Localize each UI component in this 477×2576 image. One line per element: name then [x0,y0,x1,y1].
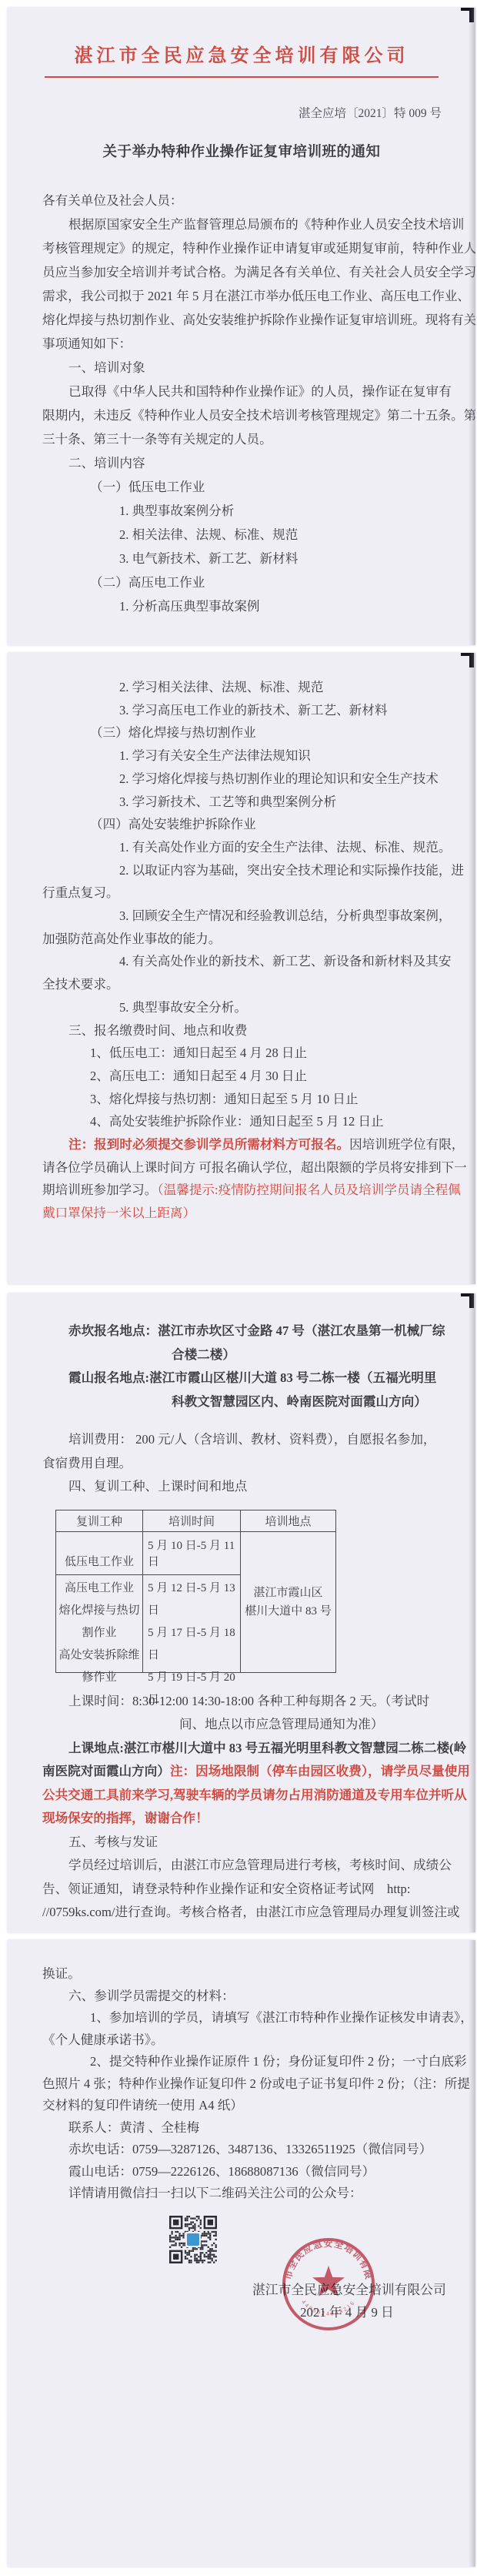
text-line: 2. 以取证内容为基础，突出安全技术理论和实际操作技能，进 [119,859,446,882]
text-line: 考核管理规定》的规定，特种作业操作证申请复审或延期复审前，特种作业人 [42,236,446,260]
table-row: 低压电工作业 5 月 10 日-5 月 11 日 [56,1532,241,1575]
text-line: 各有关单位及社会人员： [42,189,446,212]
text-line: 培训费用： 200 元/人（含培训、教材、资料费），自愿报名参加， [68,1428,446,1452]
text-line: 现场保安的指挥，谢谢合作！ [42,1807,446,1831]
page-4-body: 换证。六、参训学员需提交的材料：1、参加培训的学员，请填写《湛江市特种作业操作证… [8,1940,475,2205]
table-cell-time: 5 月 17 日-5 月 18 日 [148,1622,240,1667]
letterhead-company: 湛江市全民应急安全培训有限公司 [8,8,475,67]
text-line: 三十条、第三十一条等有关规定的人员。 [42,427,446,451]
svg-text:4408024044216: 4408024044216 [300,2299,357,2317]
location-line: 椹川大道中 83 号 [245,1602,332,1621]
text-line: 3. 电气新技术、新工艺、新材料 [119,547,446,570]
doc-title: 关于举办特种作业操作证复审培训班的通知 [8,141,475,161]
table-row: 高压电工作业熔化焊接与热切割作业高处安装拆除维修作业 5 月 12 日-5 月 … [56,1575,241,1672]
table-cell-job: 低压电工作业 [56,1532,143,1574]
page-3-body-top: 赤坎报名地点：湛江市赤坎区寸金路 47 号（湛江农垦第一机械厂综合楼二楼）霞山报… [8,1293,475,1499]
text-line: 1. 学习有关安全生产法律法规知识 [119,744,446,768]
text-line: 5. 典型事故安全分析。 [119,996,446,1019]
text-line: 3. 回顾安全生产情况和经验教训总结，分析典型事故案例， [119,905,446,928]
table-cell-job: 熔化焊接与热切割作业 [56,1600,142,1644]
text-line: 换证。 [42,1963,446,1986]
scan-corner-mark [461,1293,474,1308]
table-cell-job: 高处安装拆除维修作业 [56,1644,142,1689]
text-line: （一）低压电工作业 [90,475,446,499]
text-line: 上课时间：8:30-12:00 14:30-18:00 各种工种每期各 2 天。… [68,1690,446,1714]
page-2: 2. 学习相关法律、法规、标准、规范3. 学习高压电工作业的新技术、新工艺、新材… [8,653,475,1284]
table-header-location: 培训地点 [241,1510,335,1531]
text-line: 1、参加培训的学员，请填写《湛江市特种作业操作证核发申请表》， [90,2007,446,2029]
page-1: 湛江市全民应急安全培训有限公司 湛全应培〔2021〕特 009 号 关于举办特种… [8,8,475,645]
table-cell-location: 湛江市霞山区 椹川大道中 83 号 [241,1532,335,1672]
text-line: 2. 相关法律、法规、标准、规范 [119,523,446,547]
text-line: 熔化焊接与热切割作业、高处安装维护拆除作业操作证复审培训班。现将有关 [42,308,446,332]
page-1-body: 各有关单位及社会人员：根据原国家安全生产监督管理总局颁布的《特种作业人员安全技术… [8,189,475,618]
table-header-time: 培训时间 [143,1510,241,1531]
text-line: 详情请用微信扫一扫以下二维码关注公司的公众号： [68,2183,446,2205]
letterhead-rule [45,76,439,78]
text-line: 限期内，未违反《特种作业人员安全技术培训考核管理规定》第二十五条。第 [42,403,446,427]
text-line: 请各位学员确认上课时间方 可报名确认学位，超出限额的学员将安排到下一 [42,1156,446,1179]
text-line: 加强防范高处作业事故的能力。 [42,928,446,951]
text-line: 行重点复习。 [42,882,446,905]
text-line: 联系人：黄清 、全桂梅 [68,2117,446,2139]
table-col-jobs: 高压电工作业熔化焊接与热切割作业高处安装拆除维修作业 [56,1575,143,1672]
text-line: 南医院对面霞山方向）注：因场地限制（停车由园区收费），请学员尽量使用 [42,1760,446,1784]
text-line: 霞山报名地点:湛江市霞山区椹川大道 83 号二栋一楼（五福光明里 [68,1367,446,1390]
text-line: 食宿费用自理。 [42,1452,446,1476]
wechat-qr-code [169,2216,217,2263]
text-line: 2. 学习熔化焊接与热切割作业的理论知识和安全生产技术 [119,768,446,791]
scan-corner-mark [461,653,474,667]
table-col-times: 5 月 12 日-5 月 13 日5 月 17 日-5 月 18 日5 月 19… [143,1575,241,1672]
location-line: 湛江市霞山区 [253,1584,322,1602]
text-line: 间、地点以市应急管理局通知为准） [179,1713,446,1737]
company-seal: 湛江市全民应急安全培训有限公司 4408024044216 [279,2234,379,2334]
text-line: 交材料的复印件请统一使用 A4 纸） [42,2095,446,2117]
text-line: 四、复训工种、上课时间和地点 [68,1475,446,1499]
text-line: 合楼二楼） [172,1343,446,1367]
text-line: 注：报到时必须提交参训学员所需材料方可报名。因培训班学位有限， [68,1133,446,1156]
page-3-body-bottom: 上课时间：8:30-12:00 14:30-18:00 各种工种每期各 2 天。… [8,1690,475,1925]
page-4: 换证。六、参训学员需提交的材料：1、参加培训的学员，请填写《湛江市特种作业操作证… [8,1940,475,2567]
text-line: 根据原国家安全生产监督管理总局颁布的《特种作业人员安全技术培训 [68,212,446,236]
table-cell-job: 高压电工作业 [56,1577,142,1600]
text-line: 员应当参加安全培训并考试合格。为满足各有关单位、有关社会人员安全学习 [42,260,446,284]
text-line: 告、领证通知，请登录特种作业操作证和安全资格证考试网 http: [42,1878,446,1902]
text-line: 赤坎报名地点：湛江市赤坎区寸金路 47 号（湛江农垦第一机械厂综 [68,1320,446,1343]
text-line: 事项通知如下： [42,332,446,356]
text-line: 1. 分析高压典型事故案例 [119,594,446,618]
seal-serial: 4408024044216 [300,2299,357,2317]
text-line: 1. 典型事故案例分析 [119,499,446,523]
page-2-body: 2. 学习相关法律、法规、标准、规范3. 学习高压电工作业的新技术、新工艺、新材… [8,653,475,1225]
text-line: 色照片 4 张；特种作业操作证复印件 2 份或电子证书复印件 2 份；（注：所提 [42,2073,446,2096]
text-line: 2、提交特种作业操作证原件 1 份；身份证复印件 2 份；一寸白底彩 [90,2051,446,2073]
page-3: 赤坎报名地点：湛江市赤坎区寸金路 47 号（湛江农垦第一机械厂综合楼二楼）霞山报… [8,1293,475,1932]
text-line: 需求，我公司拟于 2021 年 5 月在湛江市举办低压电工作业、高压电工作业、 [42,284,446,308]
text-line: 4、高处安装维护拆除作业：通知日起至 5 月 12 日止 [90,1110,446,1133]
text-line: 六、参训学员需提交的材料： [68,1986,446,2008]
text-line: 期培训班参加学习。（温馨提示:疫情防控期间报名人员及培训学员请全程佩 [42,1179,446,1202]
text-line: 3. 学习新技术、工艺等和典型案例分析 [119,791,446,814]
text-line: 已取得《中华人民共和国特种作业操作证》的人员，操作证在复审有 [68,380,446,403]
text-line: （四）高处安装维护拆除作业 [90,813,446,836]
table-header-row: 复训工种 培训时间 培训地点 [56,1510,335,1532]
text-line: （三）熔化焊接与热切割作业 [90,721,446,744]
scanned-document: { "document": { "letterhead": { "company… [0,0,477,2576]
text-line: 戴口罩保持一米以上距离） [42,1202,446,1225]
text-line: 一、培训对象 [68,356,446,380]
text-line: 公共交通工具前来学习,驾驶车辆的学员请勿占用消防通道及专用车位并听从 [42,1784,446,1808]
text-line: 2. 学习相关法律、法规、标准、规范 [119,676,446,699]
text-line: //0759ks.com/进行查询。考核合格者，由湛江市应急管理局办理复训签注或 [42,1901,446,1925]
table-cell-time: 5 月 10 日-5 月 11 日 [143,1532,241,1574]
text-line: 学员经过培训后，由湛江市应急管理局进行考核，考核时间、成绩公 [68,1854,446,1878]
text-line: 五、考核与发证 [68,1831,446,1855]
training-schedule-table: 复训工种 培训时间 培训地点 低压电工作业 5 月 10 日-5 月 11 日 … [55,1510,336,1673]
scan-corner-mark [461,8,474,22]
text-line: （二）高压电工作业 [90,570,446,594]
doc-number: 湛全应培〔2021〕特 009 号 [8,104,475,121]
text-line: 二、培训内容 [68,451,446,475]
text-line: 《个人健康承诺书》。 [42,2029,446,2052]
text-line: 1. 有关高处作业方面的安全生产法律、法规、标准、规范。 [119,836,446,859]
text-line: 上课地点:湛江市椹川大道中 83 号五福光明里科教文智慧园二栋二楼(岭 [68,1737,446,1761]
text-line: 科教文智慧园区内、岭南医院对面霞山方向） [172,1390,446,1414]
seal-star [312,2266,345,2297]
text-line: 3. 学习高压电工作业的新技术、新工艺、新材料 [119,699,446,722]
table-header-job: 复训工种 [56,1510,143,1531]
text-line: 赤坎电话：0759—3287126、3487136、13326511925（微信… [68,2139,446,2161]
text-line: 三、报名缴费时间、地点和收费 [68,1019,446,1042]
text-line: 1、低压电工：通知日起至 4 月 28 日止 [90,1042,446,1065]
table-cell-time: 5 月 12 日-5 月 13 日 [148,1577,240,1622]
spacer [42,1413,446,1428]
text-line: 3、熔化焊接与热切割：通知日起至 5 月 10 日止 [90,1088,446,1111]
text-line: 2、高压电工：通知日起至 4 月 30 日止 [90,1065,446,1088]
text-line: 4. 有关高处作业的新技术、新工艺、新设备和新材料及其安 [119,950,446,973]
text-line: 全技术要求。 [42,973,446,996]
text-line: 霞山电话：0759—2226126、18688087136（微信同号） [68,2161,446,2183]
